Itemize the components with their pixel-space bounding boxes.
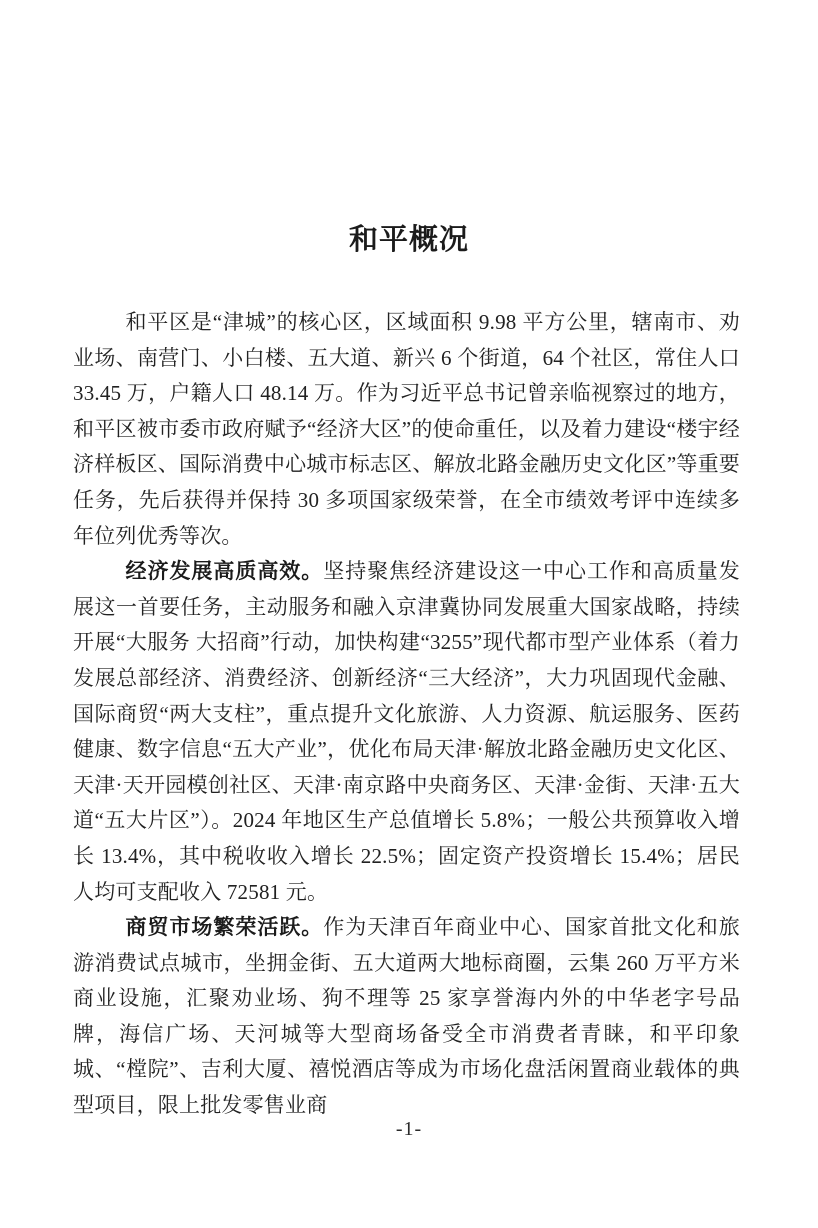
document-page: 和平概况 和平区是“津城”的核心区，区域面积 9.98 平方公里，辖南市、劝业场…: [0, 0, 818, 1228]
paragraph-text: 和平区是“津城”的核心区，区域面积 9.98 平方公里，辖南市、劝业场、南营门、…: [73, 310, 740, 548]
paragraph-lead: 经济发展高质高效。: [126, 560, 324, 583]
document-body: 和平区是“津城”的核心区，区域面积 9.98 平方公里，辖南市、劝业场、南营门、…: [73, 305, 740, 1124]
paragraph-text: 坚持聚焦经济建设这一中心工作和高质量发展这一首要任务，主动服务和融入京津冀协同发…: [73, 559, 740, 903]
paragraph: 和平区是“津城”的核心区，区域面积 9.98 平方公里，辖南市、劝业场、南营门、…: [73, 305, 740, 554]
paragraph: 经济发展高质高效。坚持聚焦经济建设这一中心工作和高质量发展这一首要任务，主动服务…: [73, 554, 740, 910]
paragraph-lead: 商贸市场繁荣活跃。: [126, 916, 324, 939]
page-number: -1-: [0, 1114, 818, 1144]
paragraph: 商贸市场繁荣活跃。作为天津百年商业中心、国家首批文化和旅游消费试点城市，坐拥金街…: [73, 910, 740, 1124]
paragraph-text: 作为天津百年商业中心、国家首批文化和旅游消费试点城市，坐拥金街、五大道两大地标商…: [73, 915, 740, 1117]
page-title: 和平概况: [0, 219, 818, 261]
